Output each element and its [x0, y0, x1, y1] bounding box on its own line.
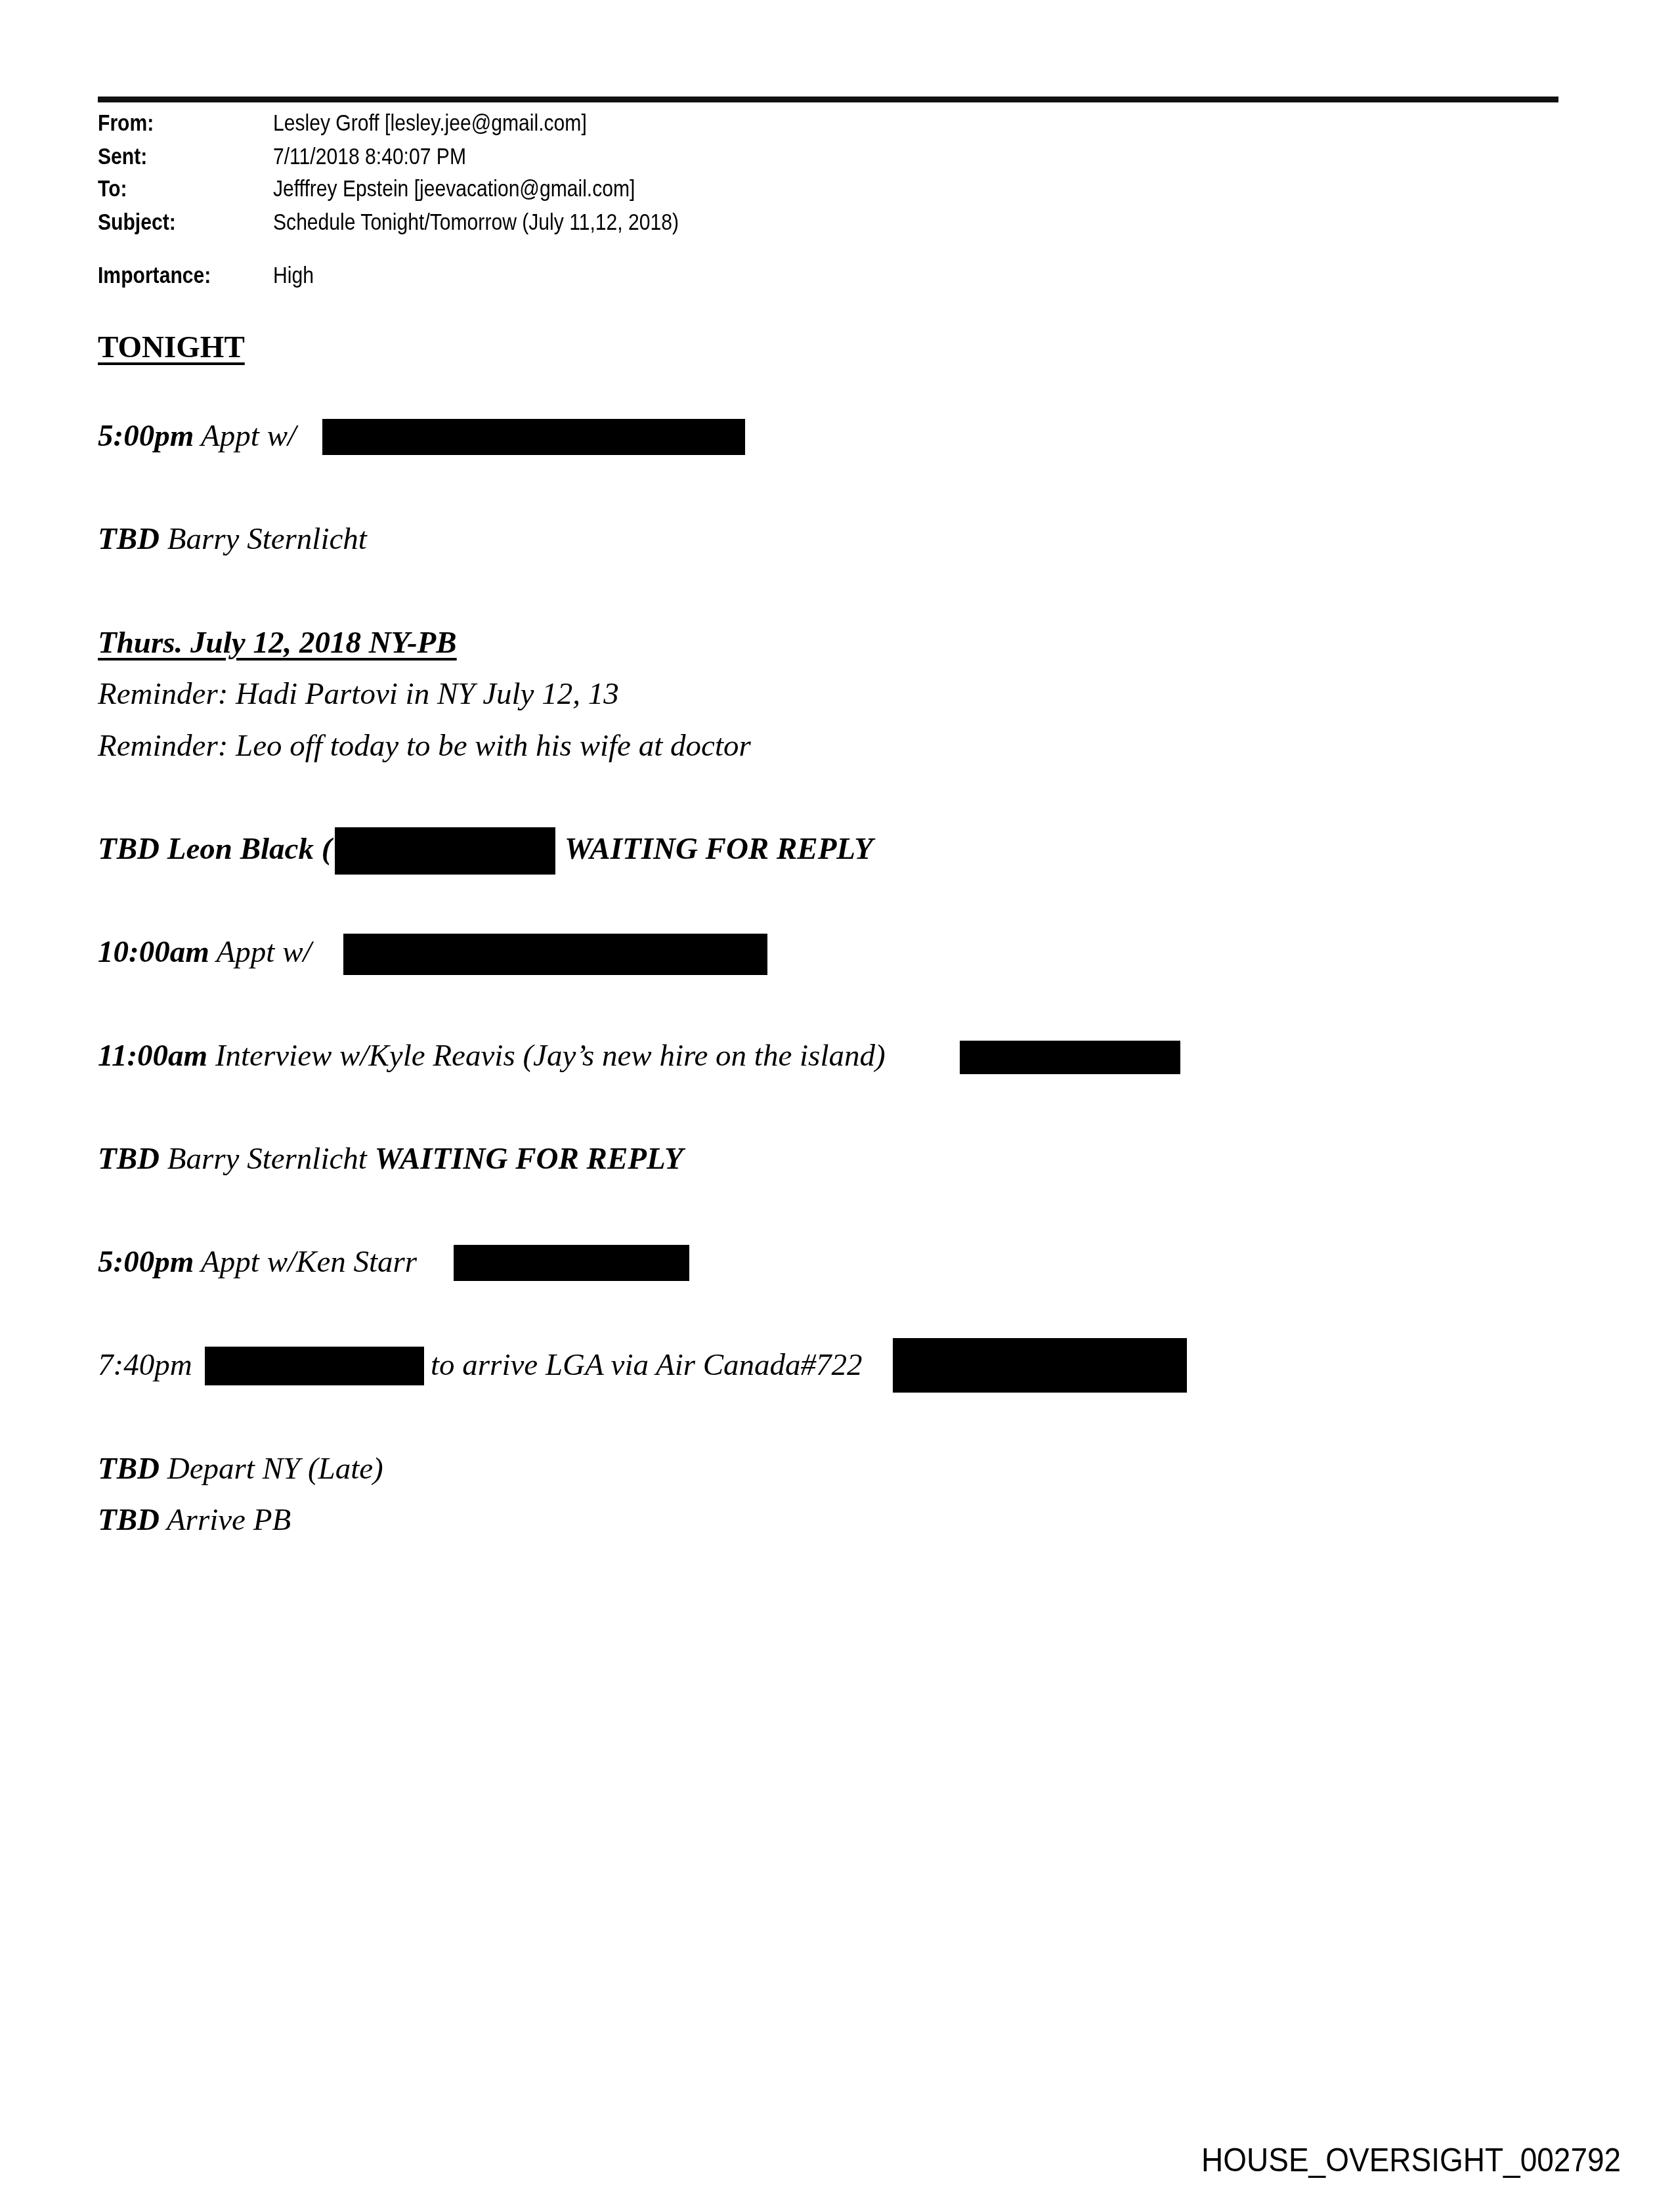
schedule-item: 10:00am Appt w/ [98, 937, 312, 968]
item-text: Appt w/Ken Starr [194, 1245, 417, 1279]
item-time: TBD [98, 1503, 160, 1537]
item-text: Arrive PB [160, 1503, 291, 1537]
from-value: Lesley Groff [lesley.jee@gmail.com] [273, 112, 587, 135]
subject-label: Subject: [98, 211, 176, 234]
redaction-block [335, 827, 555, 875]
reminder: Reminder: Hadi Partovi in NY July 12, 13 [98, 679, 619, 710]
schedule-item: 5:00pm Appt w/ [98, 421, 296, 452]
item-time: 5:00pm [98, 419, 194, 453]
to-label: To: [98, 177, 127, 200]
item-text: to arrive LGA via Air Canada#722 [431, 1350, 863, 1381]
redaction-block [322, 419, 745, 455]
status-text: WAITING FOR REPLY [565, 834, 873, 865]
header-divider [98, 97, 1558, 102]
sent-value: 7/11/2018 8:40:07 PM [273, 145, 466, 168]
item-time: TBD [98, 832, 160, 866]
redaction-block [454, 1245, 689, 1281]
item-text: Appt w/ [194, 419, 296, 453]
item-text: Appt w/ [209, 935, 312, 969]
item-text: Depart NY (Late) [160, 1452, 383, 1486]
importance-value: High [273, 264, 314, 287]
item-time: TBD [98, 1142, 160, 1176]
redaction-block [893, 1338, 1187, 1393]
item-time: 7:40pm [98, 1350, 192, 1381]
item-time: TBD [98, 1452, 160, 1486]
schedule-item: 11:00am Interview w/Kyle Reavis (Jay’s n… [98, 1041, 886, 1072]
schedule-item: 5:00pm Appt w/Ken Starr [98, 1247, 417, 1278]
redaction-block [205, 1347, 424, 1385]
day-heading: Thurs. July 12, 2018 NY-PB [98, 628, 457, 659]
bates-number: HOUSE_OVERSIGHT_002792 [1201, 2144, 1621, 2177]
item-time: TBD [98, 522, 160, 556]
tonight-heading: TONIGHT [98, 332, 245, 363]
item-time: 10:00am [98, 935, 209, 969]
schedule-item: TBD Barry Sternlicht [98, 524, 367, 555]
to-value: Jefffrey Epstein [jeevacation@gmail.com] [273, 177, 635, 200]
redaction-block [960, 1041, 1180, 1074]
sent-label: Sent: [98, 145, 147, 168]
reminder: Reminder: Leo off today to be with his w… [98, 731, 751, 762]
item-text: Interview w/Kyle Reavis (Jay’s new hire … [207, 1039, 885, 1073]
schedule-item: TBD Leon Black ( [98, 834, 332, 865]
from-label: From: [98, 112, 154, 135]
importance-label: Importance: [98, 264, 211, 287]
redaction-block [343, 934, 767, 975]
schedule-item: TBD Depart NY (Late) [98, 1454, 383, 1485]
item-time: 5:00pm [98, 1245, 194, 1279]
item-text: Leon Black [167, 832, 314, 866]
schedule-item: TBD Arrive PB [98, 1505, 291, 1536]
item-time: 11:00am [98, 1039, 207, 1073]
item-text: Barry Sternlicht [160, 522, 367, 556]
status-text: WAITING FOR REPLY [375, 1142, 683, 1176]
subject-value: Schedule Tonight/Tomorrow (July 11,12, 2… [273, 211, 679, 234]
schedule-item: TBD Barry Sternlicht WAITING FOR REPLY [98, 1144, 683, 1175]
item-text: Barry Sternlicht [160, 1142, 375, 1176]
